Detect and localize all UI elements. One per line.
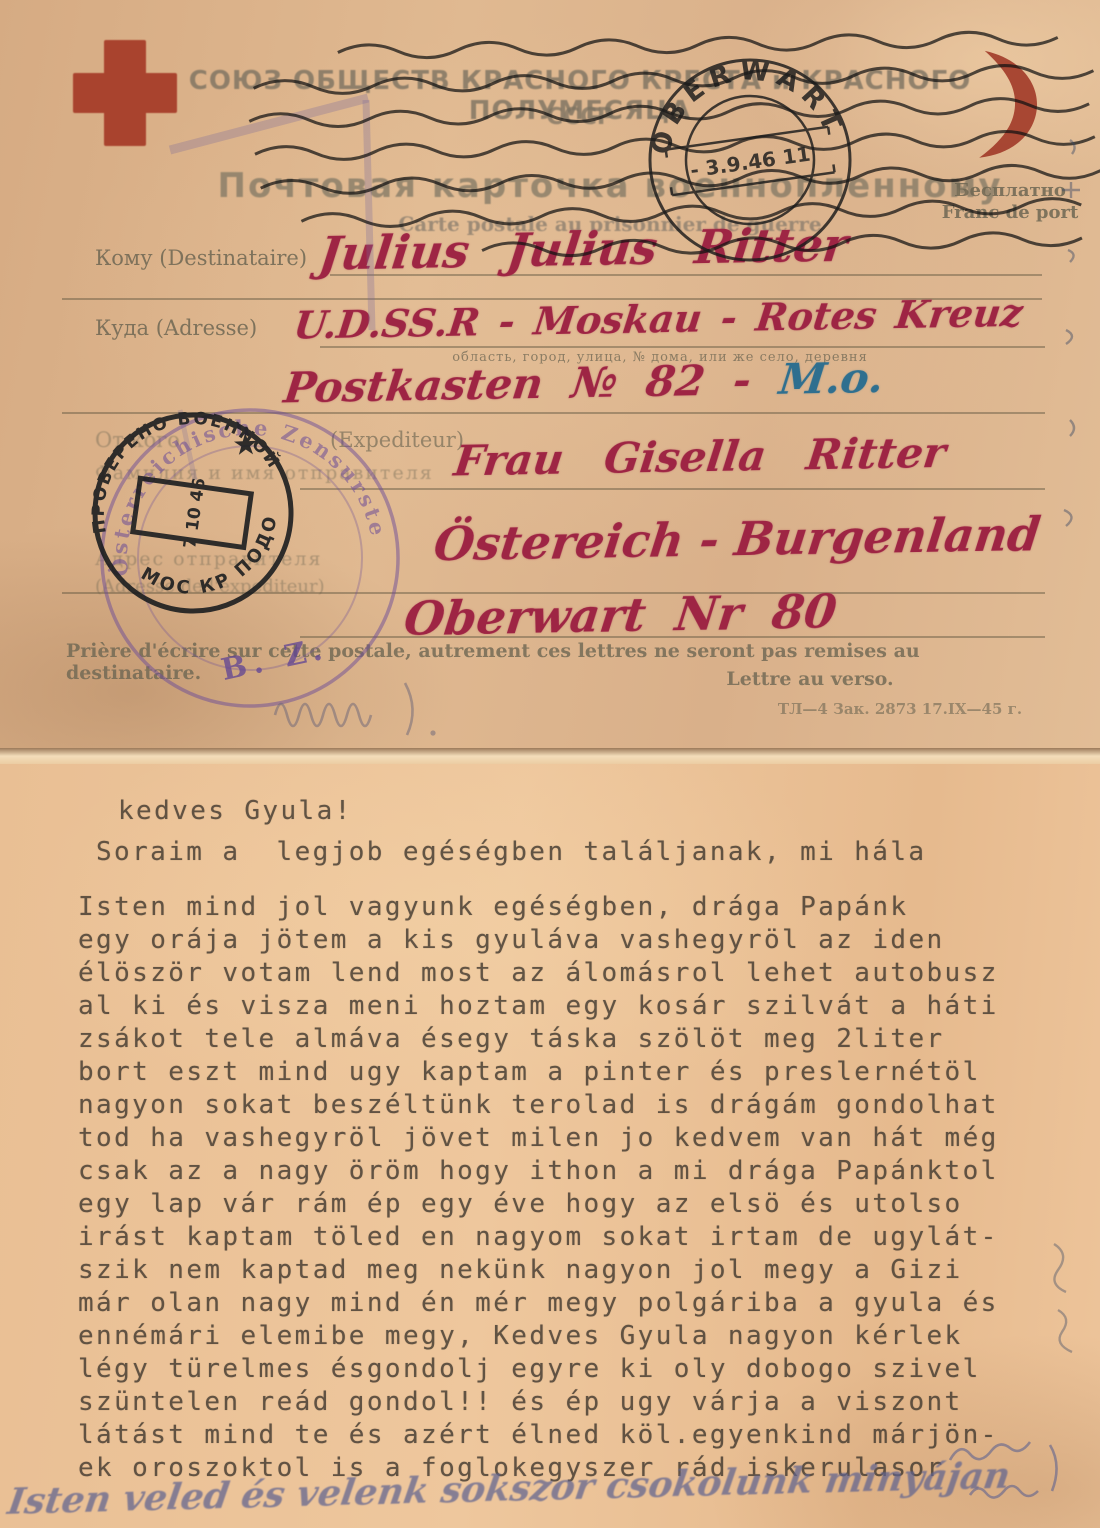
oberwart-postmark-city: OBERWART: [634, 41, 851, 166]
pencil-squiggle: [265, 675, 485, 745]
typed-line: Isten mind jol vagyunk egéségben, drága …: [0, 891, 1100, 924]
ink-scribble-margin: [1040, 1230, 1100, 1360]
oberwart-postmark: OBERWART - 3.9.46 11: [640, 50, 860, 270]
typed-line: csak az a nagy öröm hogy ithon a mi drág…: [0, 1155, 1100, 1188]
typed-line: Soraim a legjob egéségben találjanak, mi…: [0, 836, 1100, 869]
typed-line: már olan nagy mind én mér megy polgáriba…: [0, 1287, 1100, 1320]
address-line2-blue: М.о.: [777, 353, 887, 404]
typed-line: légy türelmes ésgondolj egyre ki oly dob…: [0, 1353, 1100, 1386]
censor-star-icon: ★: [232, 427, 260, 463]
typed-line: élöször votam lend most az álomásrol leh…: [0, 957, 1100, 990]
sender-region-handwriting: Östereich - Burgenland: [431, 507, 1043, 572]
typed-line: szüntelen reád gondol!! és ép ugy várja …: [0, 1386, 1100, 1419]
typed-line: al ki és visza meni hoztam egy kosár szi…: [0, 990, 1100, 1023]
sender-name-handwriting: Frau Gisella Ritter: [451, 428, 948, 486]
ussr-censor-date: 7 10 46: [180, 477, 210, 550]
print-code: ТЛ—4 Зак. 2873 17.IX—45 г.: [760, 700, 1040, 718]
typed-line: zsákot tele almáva ésegy táska szölöt me…: [0, 1023, 1100, 1056]
ink-scribble: [930, 1425, 1100, 1525]
typed-line: ennémári elemibe megy, Kedves Gyula nagy…: [0, 1320, 1100, 1353]
typed-line: szik nem kaptad meg nekünk nagyon jol me…: [0, 1254, 1100, 1287]
sender-town-handwriting: Oberwart Nr 80: [401, 584, 840, 646]
typed-line: bort eszt mind ugy kaptam a pinter és pr…: [0, 1056, 1100, 1089]
postcard-front: СОЮЗ ОБЩЕСТВ КРАСНОГО КРЕСТА и КРАСНОГО …: [0, 0, 1100, 752]
typed-line: tod ha vashegyröl jövet milen jo kedvem …: [0, 1122, 1100, 1155]
postcard-scan: СОЮЗ ОБЩЕСТВ КРАСНОГО КРЕСТА и КРАСНОГО …: [0, 0, 1100, 1528]
letter-verso-note: Lettre au verso.: [660, 668, 960, 690]
svg-text:OBERWART: OBERWART: [634, 41, 851, 166]
wavy-cancellation-lines: [0, 0, 1100, 300]
margin-ink-marks: [1050, 130, 1100, 550]
typed-line: egy orája jötem a kis gyuláva vashegyröl…: [0, 924, 1100, 957]
typed-line: kedves Gyula!: [0, 795, 1100, 828]
oberwart-postmark-date: - 3.9.46 11: [689, 142, 812, 183]
typed-line: irást kaptam töled en nagyom sokat irtam…: [0, 1221, 1100, 1254]
typed-line: egy lap vár rám ép egy éve hogy az elsö …: [0, 1188, 1100, 1221]
typed-message: kedves Gyula! Soraim a legjob egéségben …: [0, 795, 1100, 1485]
typed-line: nagyon sokat beszéltünk terolad is drágá…: [0, 1089, 1100, 1122]
form-rule: [300, 488, 1045, 490]
ussr-censor-stamp: ПРОВЕРЕНО ВОЕННОЙ МОС КР ПОДО ★ 7 10 46: [78, 398, 308, 628]
